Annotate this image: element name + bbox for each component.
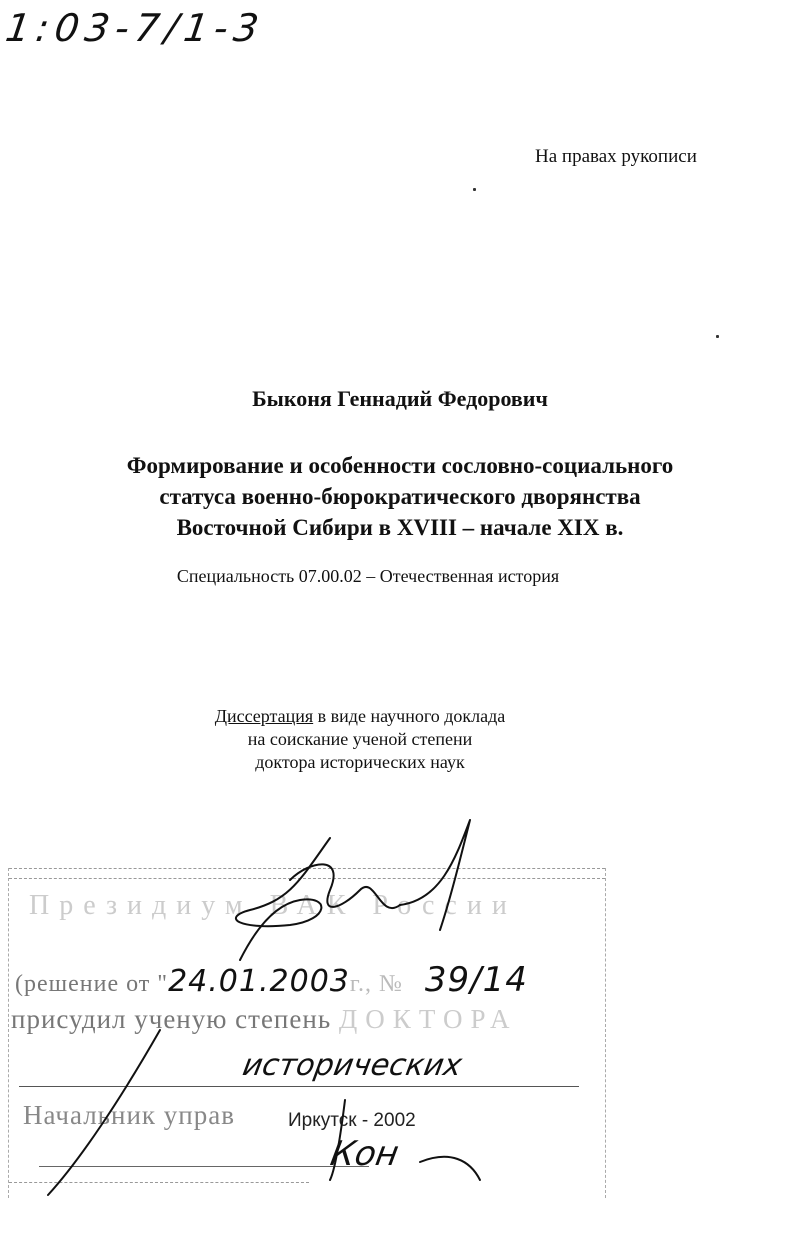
- handwritten-signatures: [0, 0, 796, 1250]
- signature-scribble-icon: [48, 820, 480, 1195]
